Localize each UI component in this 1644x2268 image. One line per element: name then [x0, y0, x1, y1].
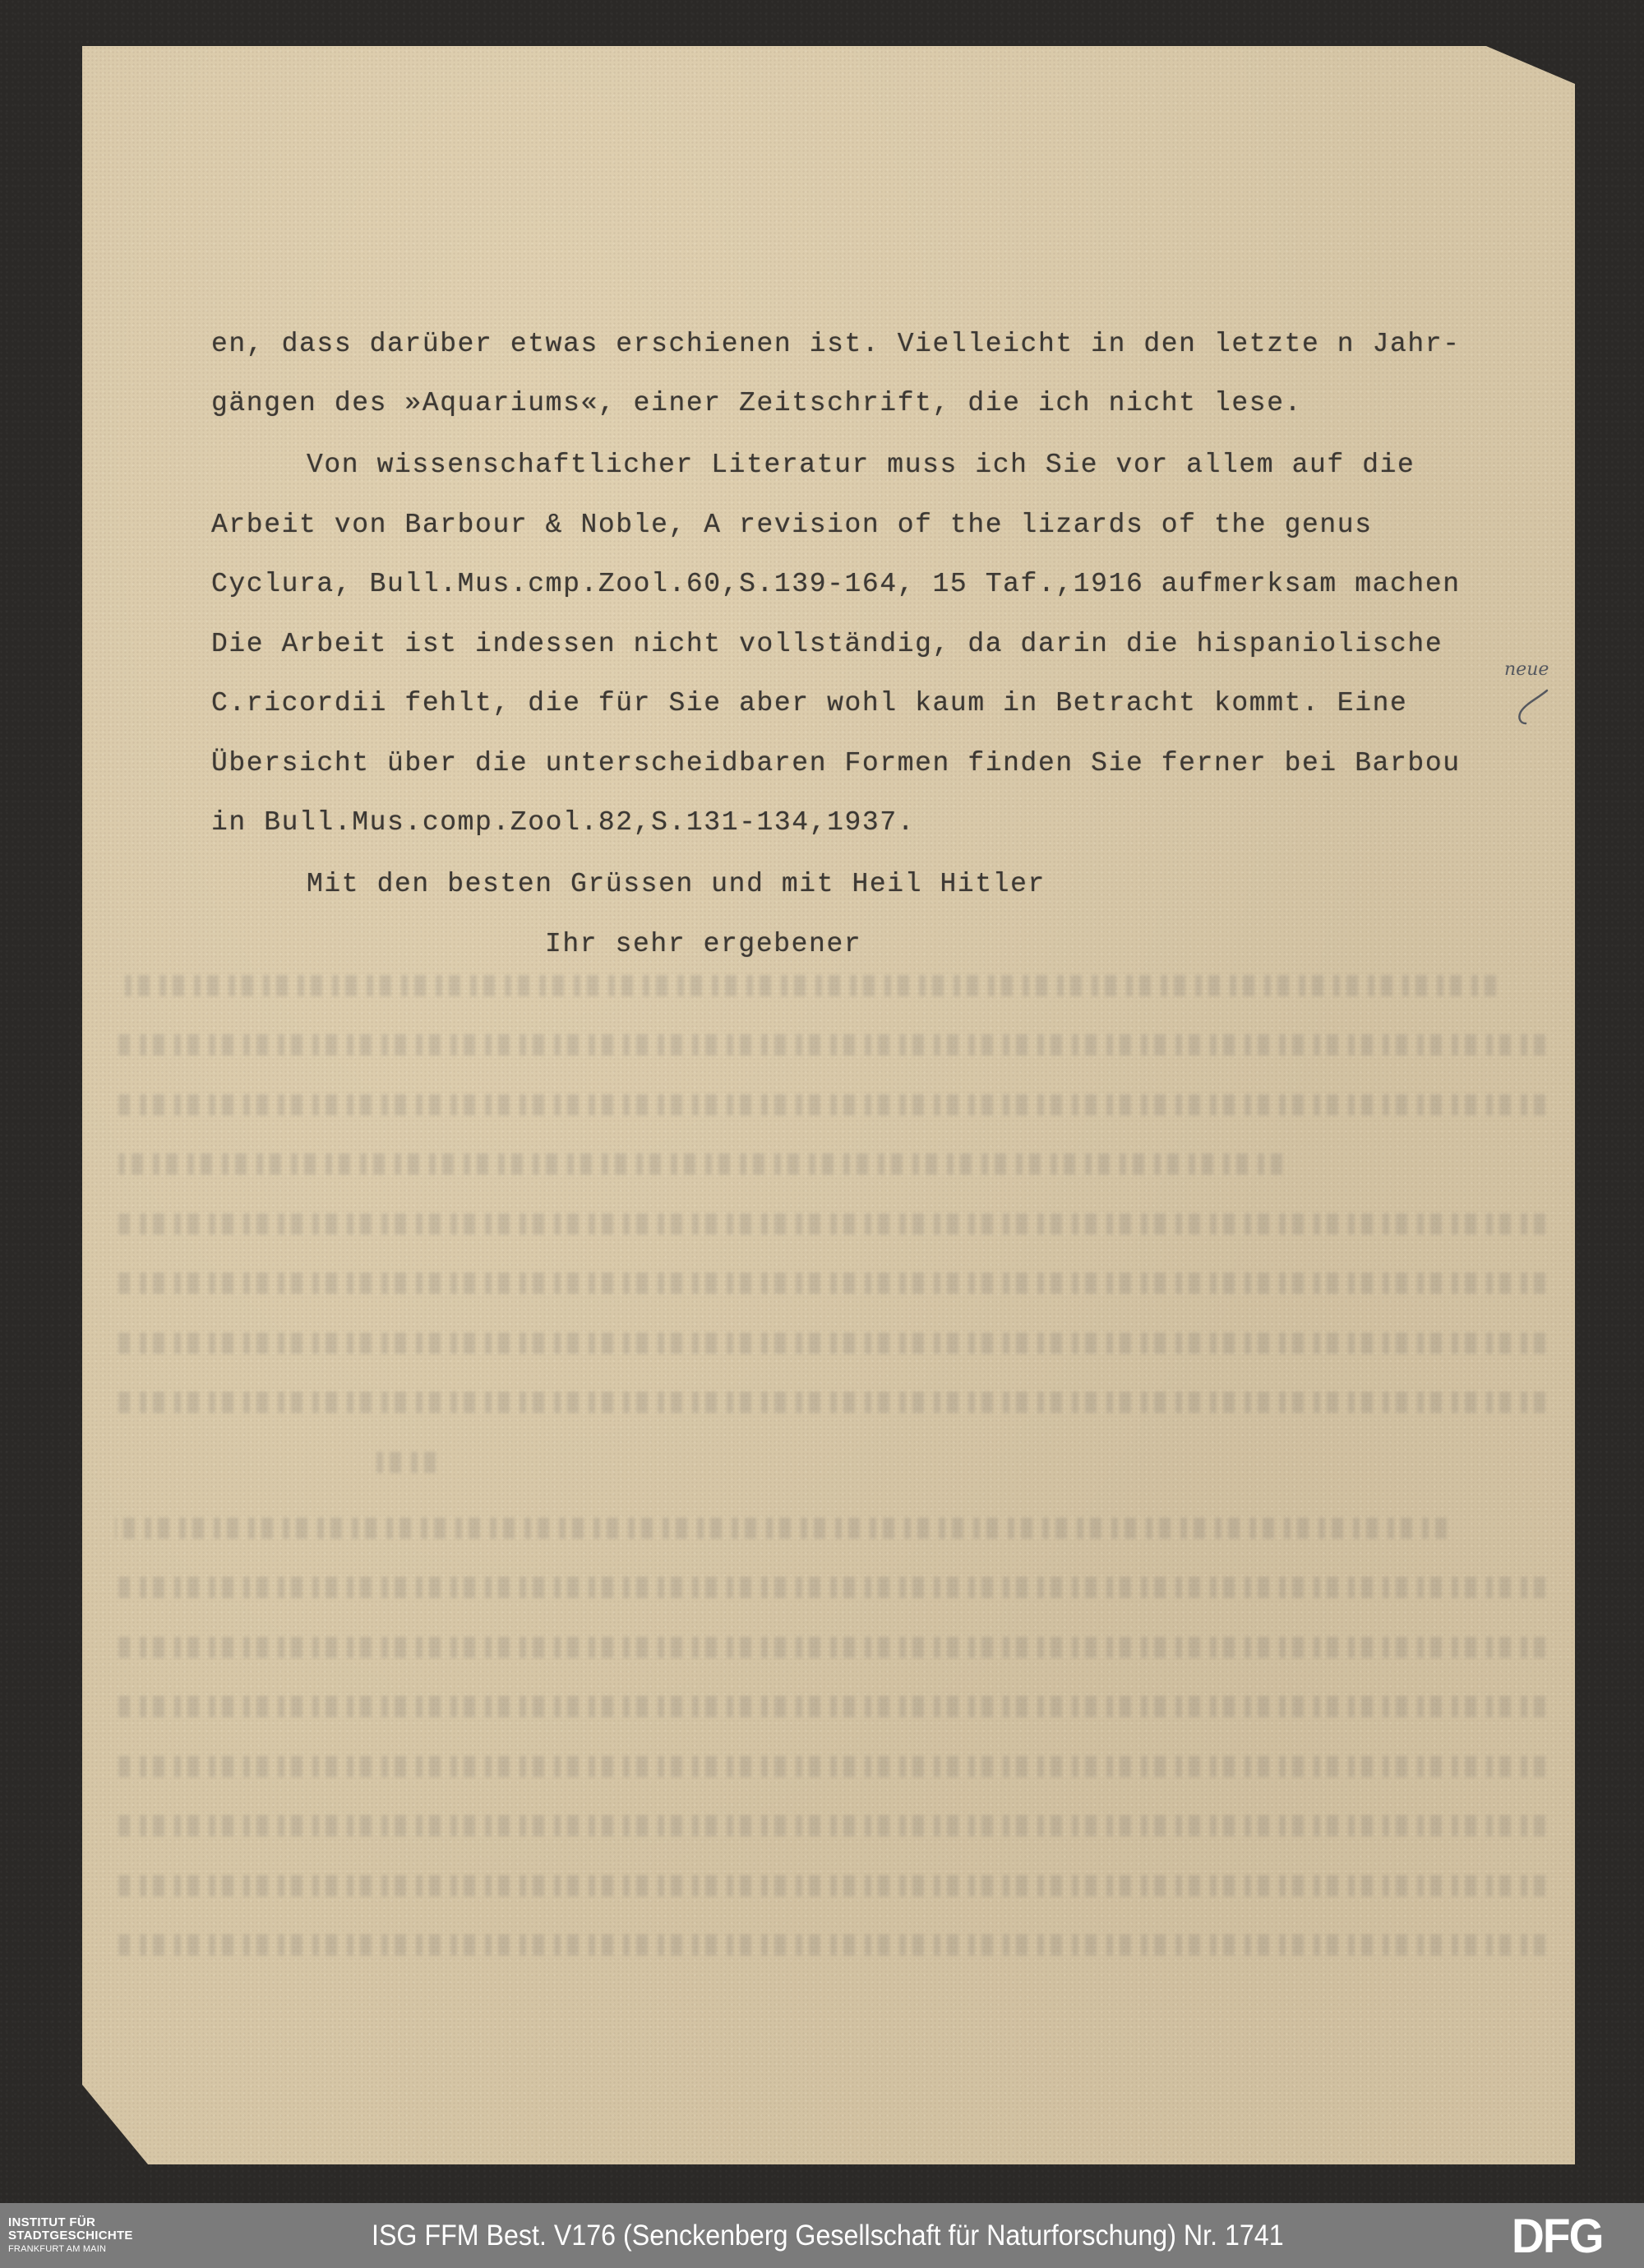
bleed-through-line: [115, 1637, 1545, 1658]
signature-line: Ihr sehr ergebener: [545, 928, 861, 961]
bleed-through-line: [115, 1392, 1545, 1413]
body-line: en, dass darüber etwas erschienen ist. V…: [211, 328, 1461, 361]
archive-footer-bar: INSTITUT FÜR STADTGESCHICHTE FRANKFURT A…: [0, 2203, 1644, 2268]
bleed-through-line: [115, 1517, 1447, 1539]
archive-reference: ISG FFM Best. V176 (Senckenberg Gesellsc…: [372, 2219, 1284, 2252]
bleed-through-line: [115, 1094, 1545, 1116]
handwritten-annotation: neue: [1496, 659, 1578, 733]
letter-page: en, dass darüber etwas erschienen ist. V…: [82, 46, 1575, 2164]
body-line: Arbeit von Barbour & Noble, A revision o…: [211, 509, 1373, 542]
bleed-through-line: [115, 1333, 1545, 1354]
closing-salutation: Mit den besten Grüssen und mit Heil Hitl…: [307, 868, 1046, 901]
body-line: Die Arbeit ist indessen nicht vollständi…: [211, 628, 1443, 661]
bleed-through-line: [115, 1273, 1545, 1294]
bleed-through-line: [115, 1153, 1282, 1175]
body-line: Von wissenschaftlicher Literatur muss ic…: [307, 449, 1415, 482]
bleed-through-line: [115, 1815, 1545, 1836]
paper-texture: [82, 46, 1575, 2164]
institute-location: FRANKFURT AM MAIN: [8, 2243, 133, 2256]
bleed-through-line: [115, 1875, 1545, 1896]
institute-name-line1: INSTITUT FÜR: [8, 2216, 133, 2229]
dfg-logo: DFG: [1512, 2212, 1603, 2261]
institute-logo: INSTITUT FÜR STADTGESCHICHTE FRANKFURT A…: [8, 2216, 133, 2256]
bleed-through-line: [115, 975, 1496, 996]
body-line: gängen des »Aquariums«, einer Zeitschrif…: [211, 387, 1302, 420]
body-line: Übersicht über die unterscheidbaren Form…: [211, 747, 1461, 780]
bleed-through-line: [115, 1756, 1545, 1777]
body-line: Cyclura, Bull.Mus.cmp.Zool.60,S.139-164,…: [211, 568, 1461, 601]
body-line: C.ricordii fehlt, die für Sie aber wohl …: [211, 687, 1407, 720]
bleed-through-line: [115, 1577, 1545, 1598]
bleed-through-line: [115, 1034, 1545, 1055]
bleed-through-line: [370, 1452, 436, 1473]
bleed-through-line: [115, 1213, 1545, 1235]
bleed-through-line: [115, 1934, 1545, 1956]
institute-name-line2: STADTGESCHICHTE: [8, 2229, 133, 2243]
bleed-through-line: [115, 1696, 1545, 1717]
annotation-text: neue: [1504, 659, 1549, 680]
body-line: in Bull.Mus.comp.Zool.82,S.131-134,1937.: [211, 806, 915, 839]
